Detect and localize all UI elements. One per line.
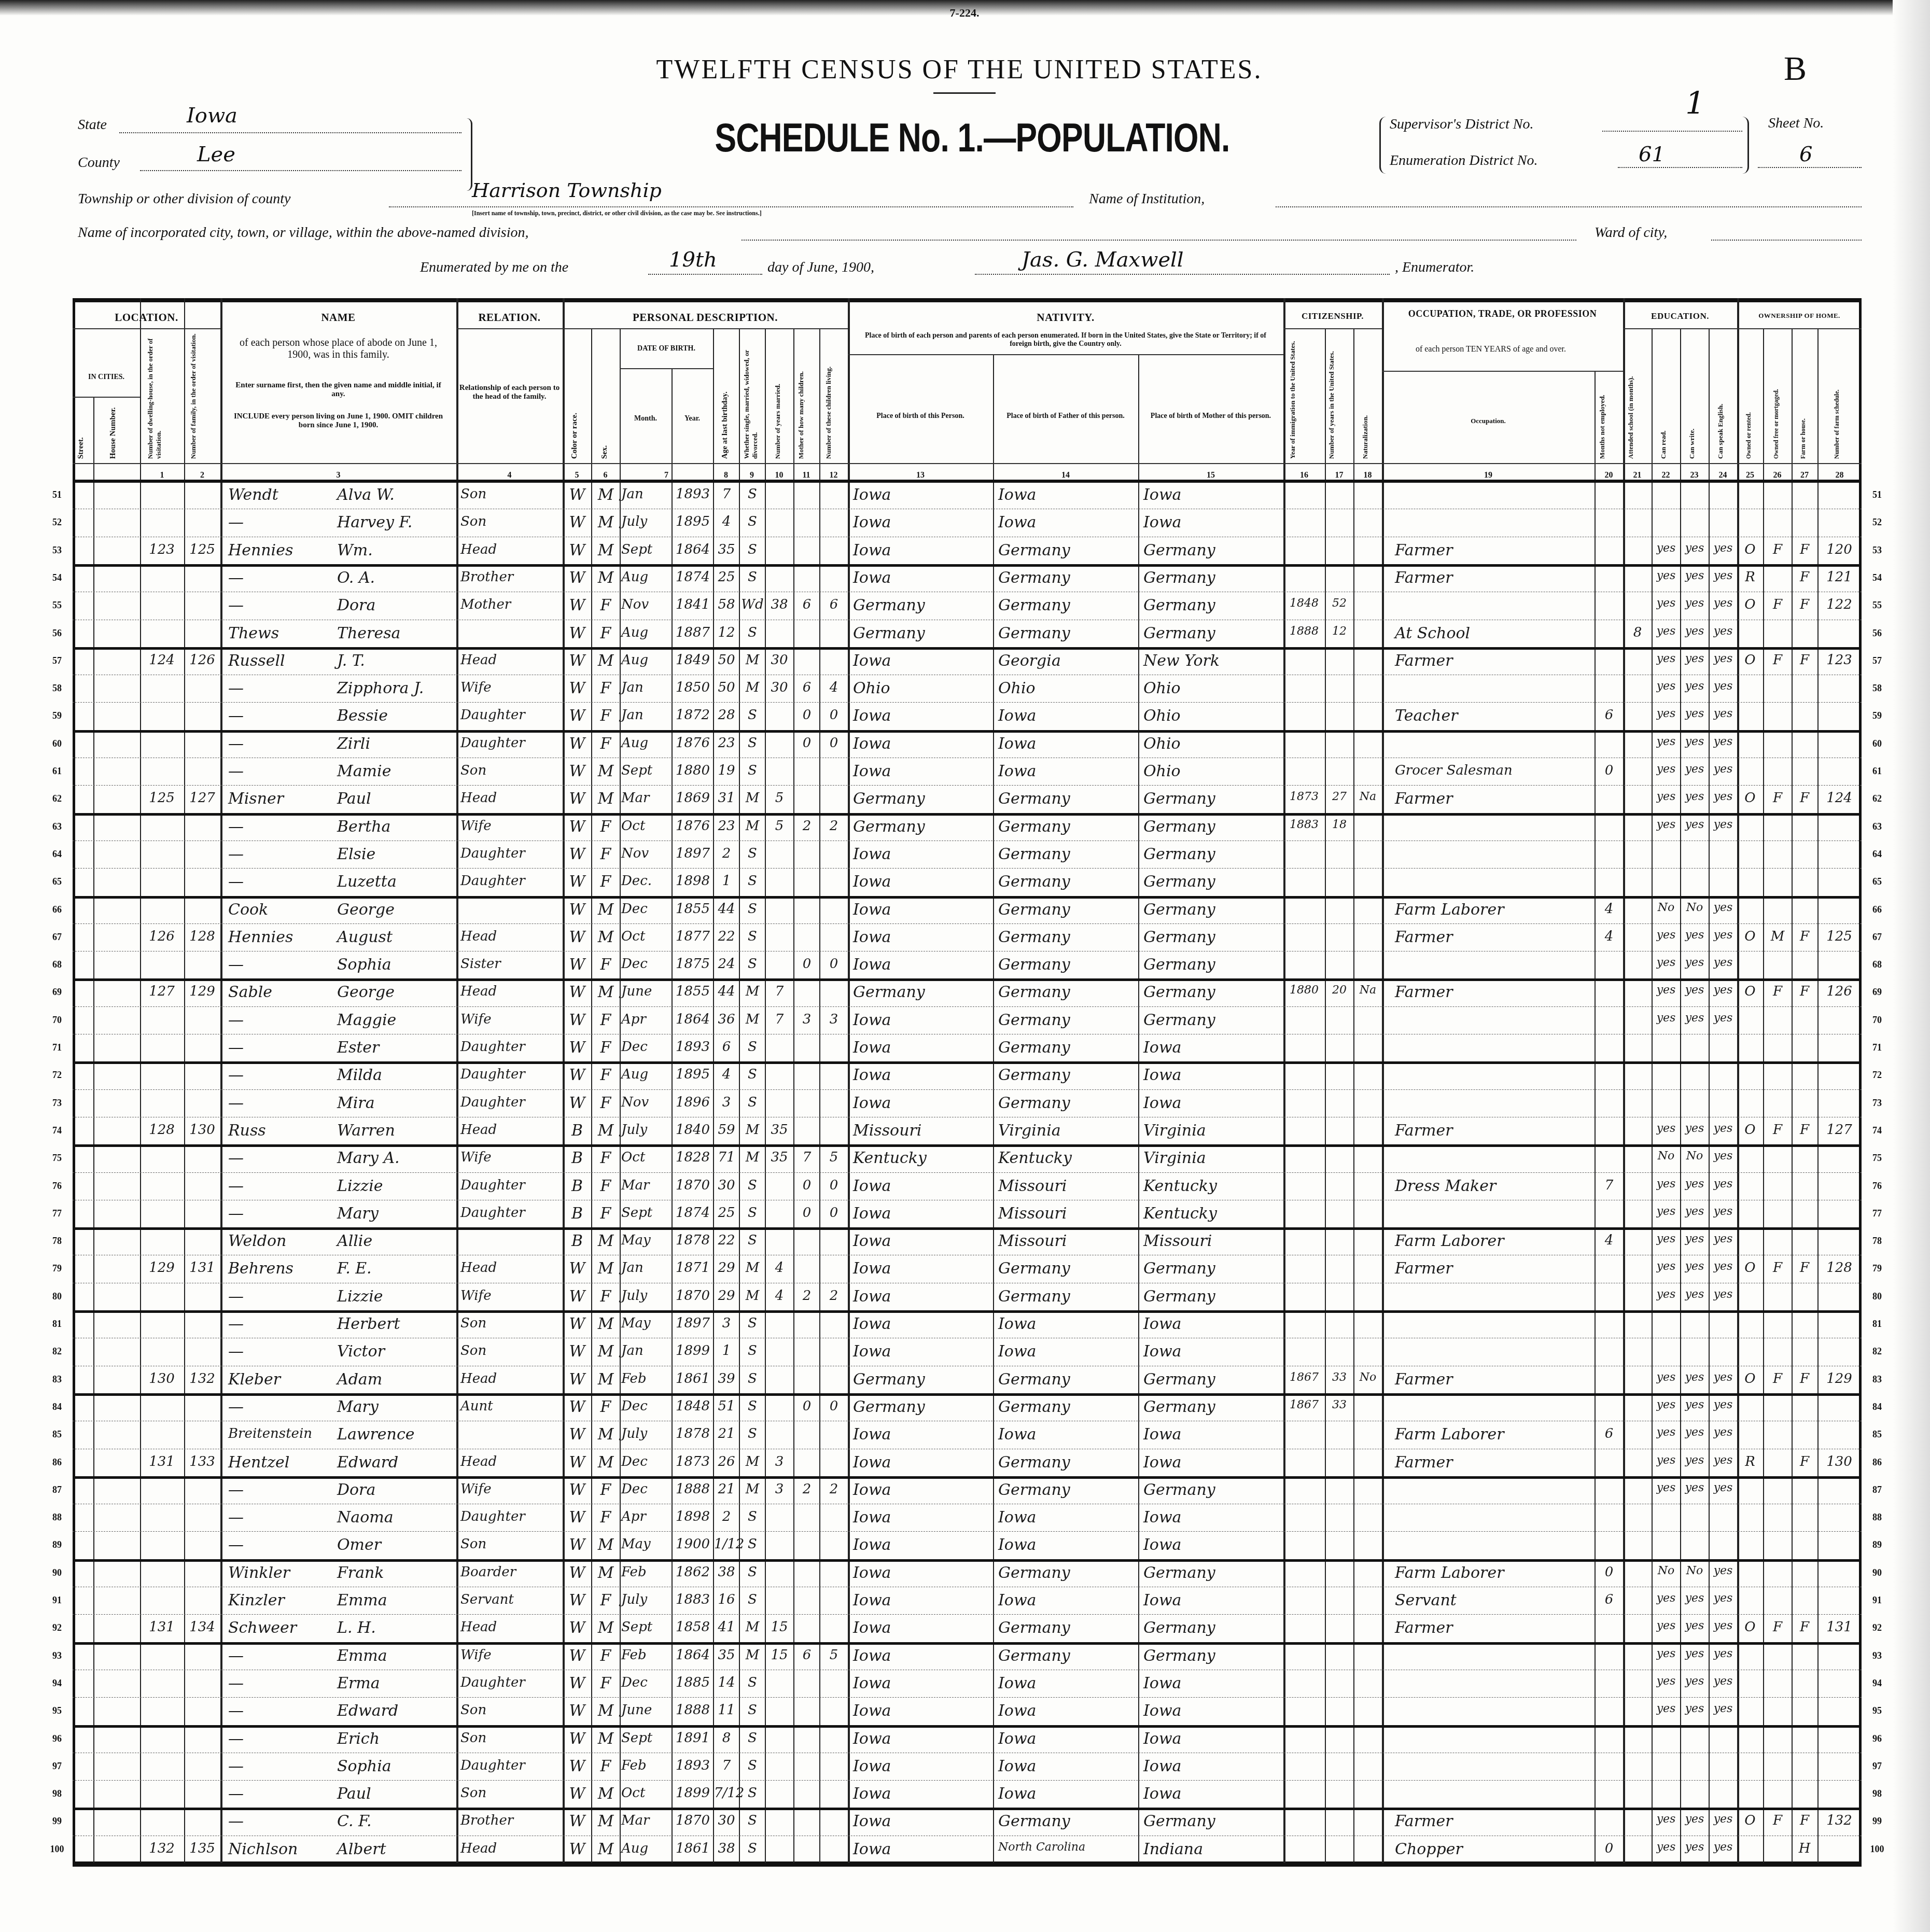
cell-dwelling[interactable]: 127 xyxy=(141,985,183,998)
cell-marital[interactable]: M xyxy=(740,1455,765,1468)
cell-month[interactable]: Aug xyxy=(621,626,671,639)
cell-month[interactable]: July xyxy=(621,1427,671,1440)
cell-sex[interactable]: F xyxy=(592,1593,619,1608)
cell-can-read[interactable]: yes xyxy=(1652,930,1680,941)
cell-occupation[interactable]: Grocer Salesman xyxy=(1395,764,1592,777)
cell-sex[interactable]: M xyxy=(592,1123,619,1139)
cell-sex[interactable]: F xyxy=(592,1399,619,1415)
cell-year[interactable]: 1840 xyxy=(673,1123,713,1137)
cell-relation[interactable]: Son xyxy=(460,764,562,777)
cell-dwelling[interactable]: 128 xyxy=(141,1123,183,1137)
cell-father[interactable]: Georgia xyxy=(998,653,1138,669)
cell-relation[interactable]: Daughter xyxy=(460,736,562,750)
cell-living[interactable]: 0 xyxy=(820,708,847,722)
cell-year[interactable]: 1862 xyxy=(673,1565,713,1579)
cell-can-speak-english[interactable]: yes xyxy=(1709,1013,1737,1024)
cell-can-read[interactable]: yes xyxy=(1652,957,1680,969)
cell-can-read[interactable]: yes xyxy=(1652,708,1680,720)
cell-occupation[interactable]: Teacher xyxy=(1395,708,1592,724)
cell-father[interactable]: Iowa xyxy=(998,515,1138,530)
cell-month[interactable]: Jan xyxy=(621,1261,671,1275)
cell-can-write[interactable]: yes xyxy=(1681,819,1709,831)
cell-family[interactable]: 127 xyxy=(185,791,219,805)
cell-can-read[interactable]: yes xyxy=(1652,791,1680,803)
cell-farm-house[interactable]: F xyxy=(1793,570,1816,584)
cell-given[interactable]: Lawrence xyxy=(337,1427,456,1443)
cell-color[interactable]: W xyxy=(564,1593,591,1608)
cell-color[interactable]: W xyxy=(564,1731,591,1747)
cell-farm-schedule[interactable]: 123 xyxy=(1819,653,1860,667)
cell-marital[interactable]: S xyxy=(740,1040,765,1054)
cell-years-in-us[interactable]: 12 xyxy=(1326,626,1353,637)
cell-color[interactable]: W xyxy=(564,902,591,918)
cell-can-write[interactable]: yes xyxy=(1681,1261,1709,1272)
cell-relation[interactable]: Daughter xyxy=(460,1096,562,1109)
cell-age[interactable]: 7 xyxy=(714,487,739,501)
cell-mother-birth[interactable]: Iowa xyxy=(1143,1786,1283,1802)
cell-birth[interactable]: Iowa xyxy=(853,1179,993,1194)
cell-ym[interactable]: 4 xyxy=(766,1289,793,1303)
cell-free-mortgaged[interactable]: F xyxy=(1764,791,1791,805)
cell-birth[interactable]: Iowa xyxy=(853,1068,993,1083)
cell-can-read[interactable]: yes xyxy=(1652,1593,1680,1604)
cell-farm-house[interactable]: F xyxy=(1793,1814,1816,1827)
cell-can-read[interactable]: yes xyxy=(1652,1179,1680,1190)
cell-ym[interactable]: 30 xyxy=(766,681,793,694)
cell-birth[interactable]: Germany xyxy=(853,1399,993,1415)
cell-color[interactable]: W xyxy=(564,1068,591,1083)
cell-year[interactable]: 1897 xyxy=(673,847,713,860)
cell-marital[interactable]: S xyxy=(740,847,765,860)
cell-free-mortgaged[interactable]: F xyxy=(1764,1814,1791,1827)
cell-immigration[interactable]: 1880 xyxy=(1284,985,1324,996)
cell-birth[interactable]: Iowa xyxy=(853,1317,993,1332)
cell-surname[interactable]: — xyxy=(228,1510,332,1525)
cell-color[interactable]: B xyxy=(564,1206,591,1222)
cell-father[interactable]: Iowa xyxy=(998,487,1138,503)
cell-birth[interactable]: Iowa xyxy=(853,1427,993,1443)
cell-year[interactable]: 1899 xyxy=(673,1786,713,1800)
cell-living[interactable]: 3 xyxy=(820,1013,847,1026)
cell-surname[interactable]: Russ xyxy=(228,1123,332,1139)
cell-year[interactable]: 1870 xyxy=(673,1814,713,1827)
cell-relation[interactable]: Son xyxy=(460,1731,562,1745)
cell-birth[interactable]: Iowa xyxy=(853,1593,993,1608)
cell-father[interactable]: North Carolina xyxy=(998,1842,1138,1853)
cell-year[interactable]: 1899 xyxy=(673,1344,713,1357)
cell-month[interactable]: Dec xyxy=(621,1676,671,1689)
cell-relation[interactable]: Wife xyxy=(460,1648,562,1662)
cell-age[interactable]: 7/12 xyxy=(714,1786,739,1800)
cell-mother-birth[interactable]: Germany xyxy=(1143,626,1283,641)
enumeration-value[interactable]: 61 xyxy=(1639,143,1665,166)
cell-surname[interactable]: Kleber xyxy=(228,1372,332,1388)
cell-can-speak-english[interactable]: yes xyxy=(1709,1620,1737,1632)
cell-birth[interactable]: Iowa xyxy=(853,1759,993,1774)
cell-mother-birth[interactable]: Iowa xyxy=(1143,487,1283,503)
cell-occupation[interactable]: Farmer xyxy=(1395,1372,1592,1388)
cell-age[interactable]: 29 xyxy=(714,1261,739,1275)
cell-age[interactable]: 4 xyxy=(714,1068,739,1081)
cell-owned-rented[interactable]: O xyxy=(1738,1620,1762,1634)
cell-ym[interactable]: 15 xyxy=(766,1648,793,1662)
cell-birth[interactable]: Germany xyxy=(853,791,993,807)
cell-can-read[interactable]: yes xyxy=(1652,626,1680,637)
cell-year[interactable]: 1858 xyxy=(673,1620,713,1634)
cell-mother-birth[interactable]: Germany xyxy=(1143,1565,1283,1581)
cell-father[interactable]: Germany xyxy=(998,957,1138,973)
cell-can-read[interactable]: yes xyxy=(1652,1289,1680,1300)
cell-mother-birth[interactable]: Germany xyxy=(1143,570,1283,586)
cell-owned-rented[interactable]: R xyxy=(1738,570,1762,584)
cell-mother-birth[interactable]: Ohio xyxy=(1143,736,1283,752)
cell-mother-birth[interactable]: Missouri xyxy=(1143,1234,1283,1249)
cell-relation[interactable]: Head xyxy=(460,653,562,667)
cell-year[interactable]: 1828 xyxy=(673,1151,713,1164)
cell-farm-house[interactable]: F xyxy=(1793,543,1816,556)
cell-month[interactable]: Feb xyxy=(621,1759,671,1772)
cell-father[interactable]: Iowa xyxy=(998,1427,1138,1443)
cell-can-read[interactable]: yes xyxy=(1652,1013,1680,1024)
cell-age[interactable]: 59 xyxy=(714,1123,739,1137)
county-value[interactable]: Lee xyxy=(197,143,235,166)
cell-given[interactable]: Mary xyxy=(337,1399,456,1415)
cell-occupation[interactable]: Farmer xyxy=(1395,653,1592,669)
cell-can-write[interactable]: yes xyxy=(1681,1482,1709,1494)
cell-relation[interactable]: Head xyxy=(460,1372,562,1385)
cell-mother[interactable]: 0 xyxy=(794,708,819,722)
cell-surname[interactable]: — xyxy=(228,1759,332,1774)
cell-father[interactable]: Virginia xyxy=(998,1123,1138,1139)
cell-can-speak-english[interactable]: yes xyxy=(1709,1399,1737,1411)
cell-birth[interactable]: Iowa xyxy=(853,1676,993,1691)
cell-given[interactable]: Lizzie xyxy=(337,1179,456,1194)
cell-mother-birth[interactable]: Kentucky xyxy=(1143,1179,1283,1194)
cell-month[interactable]: Aug xyxy=(621,1842,671,1855)
cell-surname[interactable]: Misner xyxy=(228,791,332,807)
cell-year[interactable]: 1883 xyxy=(673,1593,713,1606)
cell-surname[interactable]: — xyxy=(228,1676,332,1691)
cell-year[interactable]: 1873 xyxy=(673,1455,713,1468)
cell-year[interactable]: 1849 xyxy=(673,653,713,667)
cell-farm-house[interactable]: F xyxy=(1793,930,1816,943)
cell-mother-birth[interactable]: Iowa xyxy=(1143,1759,1283,1774)
cell-can-read[interactable]: yes xyxy=(1652,1455,1680,1466)
cell-can-write[interactable]: yes xyxy=(1681,1206,1709,1217)
cell-mother-birth[interactable]: Germany xyxy=(1143,985,1283,1000)
cell-age[interactable]: 2 xyxy=(714,847,739,860)
cell-year[interactable]: 1888 xyxy=(673,1482,713,1496)
cell-surname[interactable]: — xyxy=(228,1344,332,1360)
cell-color[interactable]: W xyxy=(564,764,591,779)
cell-farm-schedule[interactable]: 124 xyxy=(1819,791,1860,805)
cell-owned-rented[interactable]: O xyxy=(1738,598,1762,611)
cell-can-speak-english[interactable]: yes xyxy=(1709,1151,1737,1162)
cell-given[interactable]: Mary xyxy=(337,1206,456,1222)
cell-surname[interactable]: Sable xyxy=(228,985,332,1000)
cell-age[interactable]: 44 xyxy=(714,902,739,916)
cell-father[interactable]: Germany xyxy=(998,985,1138,1000)
cell-can-speak-english[interactable]: yes xyxy=(1709,653,1737,665)
cell-age[interactable]: 30 xyxy=(714,1179,739,1192)
cell-surname[interactable]: — xyxy=(228,708,332,724)
cell-can-read[interactable]: No xyxy=(1652,1565,1680,1577)
cell-can-speak-english[interactable]: yes xyxy=(1709,736,1737,748)
cell-sex[interactable]: F xyxy=(592,1676,619,1691)
cell-can-write[interactable]: yes xyxy=(1681,1123,1709,1135)
cell-farm-house[interactable]: F xyxy=(1793,1261,1816,1275)
cell-age[interactable]: 3 xyxy=(714,1317,739,1330)
cell-can-write[interactable]: yes xyxy=(1681,543,1709,554)
cell-immigration[interactable]: 1867 xyxy=(1284,1399,1324,1411)
cell-year[interactable]: 1880 xyxy=(673,764,713,777)
cell-mother-birth[interactable]: Germany xyxy=(1143,957,1283,973)
cell-owned-rented[interactable]: O xyxy=(1738,1123,1762,1137)
cell-can-write[interactable]: yes xyxy=(1681,791,1709,803)
cell-age[interactable]: 21 xyxy=(714,1482,739,1496)
cell-months-unemployed[interactable]: 0 xyxy=(1596,1565,1623,1579)
cell-can-speak-english[interactable]: yes xyxy=(1709,1289,1737,1300)
cell-marital[interactable]: S xyxy=(740,1399,765,1413)
cell-farm-schedule[interactable]: 126 xyxy=(1819,985,1860,998)
cell-birth[interactable]: Iowa xyxy=(853,1261,993,1277)
cell-father[interactable]: Germany xyxy=(998,1040,1138,1056)
cell-age[interactable]: 38 xyxy=(714,1565,739,1579)
cell-marital[interactable]: M xyxy=(740,791,765,805)
cell-farm-house[interactable]: F xyxy=(1793,1455,1816,1468)
cell-owned-rented[interactable]: O xyxy=(1738,1261,1762,1275)
cell-month[interactable]: Sept xyxy=(621,1206,671,1220)
cell-occupation[interactable]: Farm Laborer xyxy=(1395,1234,1592,1249)
cell-mother-birth[interactable]: Iowa xyxy=(1143,1317,1283,1332)
cell-can-speak-english[interactable]: yes xyxy=(1709,1179,1737,1190)
cell-year[interactable]: 1864 xyxy=(673,1648,713,1662)
cell-dwelling[interactable]: 124 xyxy=(141,653,183,667)
cell-relation[interactable]: Head xyxy=(460,1842,562,1855)
cell-color[interactable]: W xyxy=(564,957,591,973)
cell-can-write[interactable]: yes xyxy=(1681,1676,1709,1687)
cell-age[interactable]: 31 xyxy=(714,791,739,805)
cell-month[interactable]: Feb xyxy=(621,1565,671,1579)
cell-father[interactable]: Germany xyxy=(998,1482,1138,1498)
cell-relation[interactable]: Brother xyxy=(460,570,562,584)
cell-can-speak-english[interactable]: yes xyxy=(1709,1565,1737,1577)
cell-can-read[interactable]: yes xyxy=(1652,1261,1680,1272)
cell-marital[interactable]: M xyxy=(740,653,765,667)
cell-given[interactable]: Paul xyxy=(337,1786,456,1802)
cell-farm-house[interactable]: F xyxy=(1793,598,1816,611)
cell-can-speak-english[interactable]: yes xyxy=(1709,598,1737,609)
cell-color[interactable]: B xyxy=(564,1123,591,1139)
cell-birth[interactable]: Iowa xyxy=(853,543,993,558)
cell-marital[interactable]: S xyxy=(740,626,765,639)
cell-can-read[interactable]: yes xyxy=(1652,543,1680,554)
cell-surname[interactable]: — xyxy=(228,1703,332,1719)
cell-color[interactable]: B xyxy=(564,1151,591,1166)
cell-month[interactable]: Aug xyxy=(621,570,671,584)
cell-surname[interactable]: Hennies xyxy=(228,543,332,558)
cell-month[interactable]: Nov xyxy=(621,847,671,860)
cell-color[interactable]: W xyxy=(564,543,591,558)
cell-farm-house[interactable]: F xyxy=(1793,1123,1816,1137)
cell-family[interactable]: 126 xyxy=(185,653,219,667)
cell-year[interactable]: 1898 xyxy=(673,874,713,888)
cell-occupation[interactable]: Farmer xyxy=(1395,985,1592,1000)
cell-father[interactable]: Germany xyxy=(998,1399,1138,1415)
cell-dwelling[interactable]: 132 xyxy=(141,1842,183,1855)
cell-sex[interactable]: F xyxy=(592,1151,619,1166)
cell-owned-rented[interactable]: O xyxy=(1738,930,1762,943)
cell-can-speak-english[interactable]: yes xyxy=(1709,957,1737,969)
cell-relation[interactable]: Daughter xyxy=(460,1206,562,1220)
cell-can-speak-english[interactable]: yes xyxy=(1709,543,1737,554)
cell-age[interactable]: 50 xyxy=(714,653,739,667)
cell-color[interactable]: W xyxy=(564,1482,591,1498)
cell-can-read[interactable]: No xyxy=(1652,902,1680,914)
cell-month[interactable]: Dec xyxy=(621,1399,671,1413)
cell-surname[interactable]: — xyxy=(228,1537,332,1553)
cell-can-speak-english[interactable]: yes xyxy=(1709,1593,1737,1604)
cell-month[interactable]: Aug xyxy=(621,1068,671,1081)
cell-birth[interactable]: Iowa xyxy=(853,1482,993,1498)
cell-given[interactable]: Allie xyxy=(337,1234,456,1249)
cell-relation[interactable]: Son xyxy=(460,487,562,501)
cell-surname[interactable]: — xyxy=(228,515,332,530)
cell-relation[interactable]: Brother xyxy=(460,1814,562,1827)
cell-surname[interactable]: — xyxy=(228,1179,332,1194)
cell-attended-school[interactable]: 8 xyxy=(1624,626,1651,639)
cell-given[interactable]: Emma xyxy=(337,1593,456,1608)
cell-surname[interactable]: — xyxy=(228,1786,332,1802)
cell-free-mortgaged[interactable]: F xyxy=(1764,543,1791,556)
cell-color[interactable]: W xyxy=(564,653,591,669)
cell-sex[interactable]: F xyxy=(592,1206,619,1222)
cell-given[interactable]: George xyxy=(337,902,456,918)
cell-given[interactable]: Paul xyxy=(337,791,456,807)
cell-color[interactable]: W xyxy=(564,736,591,752)
cell-age[interactable]: 35 xyxy=(714,543,739,556)
cell-birth[interactable]: Kentucky xyxy=(853,1151,993,1166)
cell-mother-birth[interactable]: Indiana xyxy=(1143,1842,1283,1857)
cell-year[interactable]: 1900 xyxy=(673,1537,713,1551)
cell-year[interactable]: 1841 xyxy=(673,598,713,611)
cell-owned-rented[interactable]: O xyxy=(1738,543,1762,556)
cell-months-unemployed[interactable]: 6 xyxy=(1596,708,1623,722)
cell-relation[interactable]: Head xyxy=(460,1620,562,1634)
cell-can-speak-english[interactable]: yes xyxy=(1709,1842,1737,1853)
cell-color[interactable]: W xyxy=(564,1620,591,1636)
cell-year[interactable]: 1875 xyxy=(673,957,713,971)
cell-occupation[interactable]: Farm Laborer xyxy=(1395,1565,1592,1581)
cell-ym[interactable]: 7 xyxy=(766,1013,793,1026)
cell-color[interactable]: W xyxy=(564,847,591,862)
cell-birth[interactable]: Iowa xyxy=(853,1786,993,1802)
supervisor-value[interactable]: 1 xyxy=(1685,86,1705,122)
cell-mother-birth[interactable]: Germany xyxy=(1143,847,1283,862)
cell-mother-birth[interactable]: Virginia xyxy=(1143,1151,1283,1166)
cell-mother-birth[interactable]: Germany xyxy=(1143,930,1283,945)
cell-can-write[interactable]: yes xyxy=(1681,1620,1709,1632)
cell-month[interactable]: Dec xyxy=(621,1455,671,1468)
cell-month[interactable]: June xyxy=(621,985,671,998)
cell-month[interactable]: Oct xyxy=(621,930,671,943)
cell-marital[interactable]: S xyxy=(740,487,765,501)
cell-color[interactable]: W xyxy=(564,626,591,641)
cell-can-write[interactable]: yes xyxy=(1681,1593,1709,1604)
cell-age[interactable]: 35 xyxy=(714,1648,739,1662)
cell-living[interactable]: 2 xyxy=(820,1482,847,1496)
cell-given[interactable]: Theresa xyxy=(337,626,456,641)
cell-can-write[interactable]: yes xyxy=(1681,1179,1709,1190)
cell-surname[interactable]: Hennies xyxy=(228,930,332,945)
cell-year[interactable]: 1887 xyxy=(673,626,713,639)
cell-birth[interactable]: Iowa xyxy=(853,736,993,752)
cell-father[interactable]: Germany xyxy=(998,570,1138,586)
cell-occupation[interactable]: Farmer xyxy=(1395,1261,1592,1277)
cell-father[interactable]: Germany xyxy=(998,1261,1138,1277)
cell-month[interactable]: Apr xyxy=(621,1510,671,1523)
cell-given[interactable]: C. F. xyxy=(337,1814,456,1829)
cell-year[interactable]: 1876 xyxy=(673,819,713,833)
cell-occupation[interactable]: Chopper xyxy=(1395,1842,1592,1857)
cell-farm-schedule[interactable]: 122 xyxy=(1819,598,1860,611)
cell-mother-birth[interactable]: Germany xyxy=(1143,1814,1283,1829)
cell-given[interactable]: Luzetta xyxy=(337,874,456,890)
cell-can-read[interactable]: yes xyxy=(1652,1482,1680,1494)
cell-month[interactable]: July xyxy=(621,1123,671,1137)
cell-occupation[interactable]: Dress Maker xyxy=(1395,1179,1592,1194)
cell-surname[interactable]: — xyxy=(228,874,332,890)
cell-farm-house[interactable]: H xyxy=(1793,1842,1816,1855)
cell-can-write[interactable]: No xyxy=(1681,1565,1709,1577)
cell-can-write[interactable]: yes xyxy=(1681,653,1709,665)
cell-birth[interactable]: Missouri xyxy=(853,1123,993,1139)
cell-naturalization[interactable]: Na xyxy=(1354,791,1381,803)
cell-given[interactable]: Naoma xyxy=(337,1510,456,1525)
cell-mother[interactable]: 0 xyxy=(794,957,819,971)
cell-sex[interactable]: F xyxy=(592,1510,619,1525)
cell-relation[interactable]: Daughter xyxy=(460,1676,562,1689)
cell-can-read[interactable]: yes xyxy=(1652,736,1680,748)
cell-surname[interactable]: — xyxy=(228,847,332,862)
cell-naturalization[interactable]: Na xyxy=(1354,985,1381,996)
cell-family[interactable]: 130 xyxy=(185,1123,219,1137)
cell-farm-schedule[interactable]: 127 xyxy=(1819,1123,1860,1137)
cell-marital[interactable]: S xyxy=(740,1068,765,1081)
cell-occupation[interactable]: Farmer xyxy=(1395,791,1592,807)
cell-mother[interactable]: 7 xyxy=(794,1151,819,1164)
cell-sex[interactable]: F xyxy=(592,1096,619,1111)
cell-year[interactable]: 1896 xyxy=(673,1096,713,1109)
cell-given[interactable]: August xyxy=(337,930,456,945)
cell-relation[interactable]: Son xyxy=(460,1786,562,1800)
cell-birth[interactable]: Iowa xyxy=(853,1620,993,1636)
cell-surname[interactable]: Hentzel xyxy=(228,1455,332,1471)
cell-immigration[interactable]: 1888 xyxy=(1284,626,1324,637)
cell-living[interactable]: 0 xyxy=(820,1206,847,1220)
cell-living[interactable]: 2 xyxy=(820,819,847,833)
cell-birth[interactable]: Iowa xyxy=(853,570,993,586)
cell-color[interactable]: W xyxy=(564,515,591,530)
cell-color[interactable]: B xyxy=(564,1179,591,1194)
cell-sex[interactable]: F xyxy=(592,626,619,641)
cell-age[interactable]: 25 xyxy=(714,570,739,584)
cell-dwelling[interactable]: 129 xyxy=(141,1261,183,1275)
cell-father[interactable]: Iowa xyxy=(998,708,1138,724)
cell-sex[interactable]: F xyxy=(592,1068,619,1083)
cell-marital[interactable]: S xyxy=(740,1731,765,1745)
cell-sex[interactable]: M xyxy=(592,570,619,586)
